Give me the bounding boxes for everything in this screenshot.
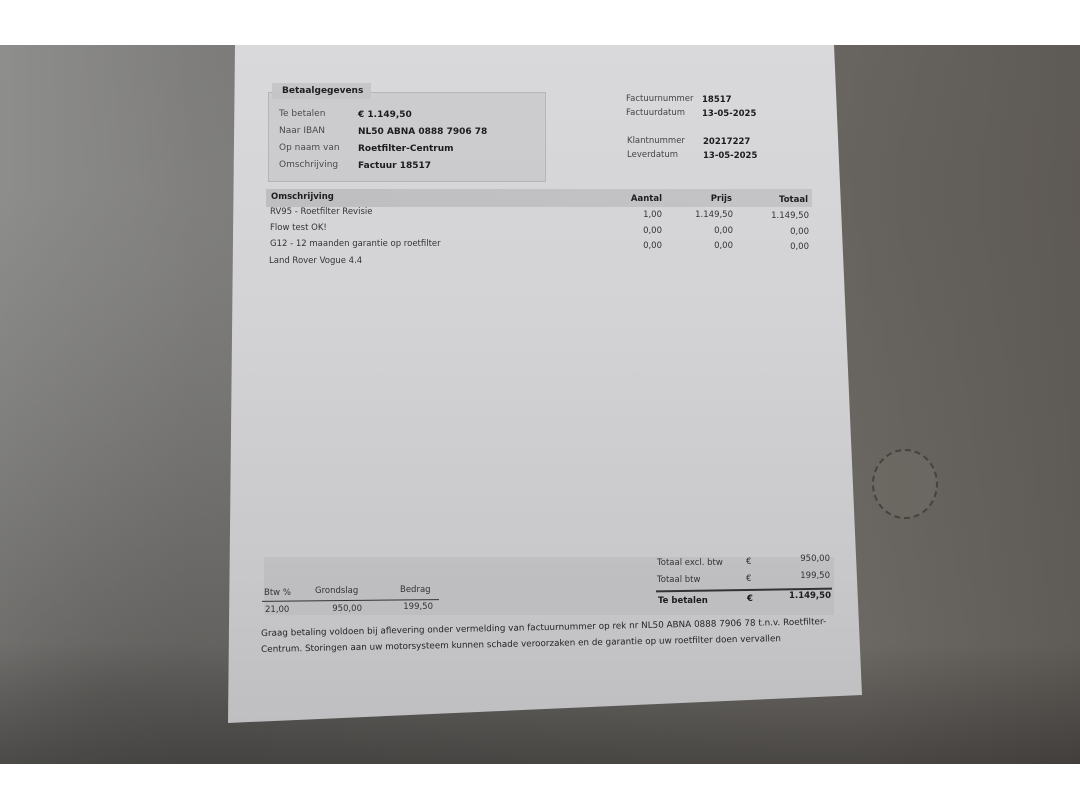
payment-label-description: Omschrijving	[279, 160, 338, 170]
row-quantity: 0,00	[608, 226, 662, 236]
row-quantity: 1,00	[608, 210, 662, 220]
meta-label-delivery-date: Leverdatum	[627, 150, 678, 160]
row-total: 0,00	[754, 242, 809, 252]
invoice-paper: Betaalgegevens Te betalen € 1.149,50 Naa…	[228, 45, 862, 723]
total-vat-label: Totaal btw	[657, 575, 700, 585]
row-description: G12 - 12 maanden garantie op roetfilter	[270, 239, 441, 249]
col-header-price: Prijs	[678, 194, 732, 204]
meta-value-invoice-date: 13-05-2025	[702, 109, 756, 119]
row-description: Flow test OK!	[270, 223, 327, 233]
payment-label-iban: Naar IBAN	[279, 126, 325, 136]
total-excl-vat-currency: €	[746, 557, 751, 567]
row-quantity: 0,00	[608, 241, 662, 251]
payment-label-amount: Te betalen	[279, 109, 325, 119]
payment-details-title: Betaalgegevens	[272, 83, 371, 99]
vat-row-amount: 199,50	[378, 602, 433, 612]
row-price: 0,00	[678, 241, 733, 251]
meta-value-customer-number: 20217227	[703, 137, 750, 147]
total-vat-currency: €	[746, 574, 751, 584]
row-total: 0,00	[754, 227, 809, 237]
payment-label-name: Op naam van	[279, 143, 340, 153]
payment-value-amount: € 1.149,50	[358, 110, 412, 120]
floor-drain	[872, 449, 938, 519]
meta-value-delivery-date: 13-05-2025	[703, 151, 757, 161]
row-description: Land Rover Vogue 4.4	[269, 256, 362, 266]
row-total: 1.149,50	[754, 211, 809, 221]
total-vat-value: 199,50	[768, 571, 830, 581]
total-due-label: Te betalen	[658, 596, 708, 606]
vat-header-base: Grondslag	[315, 586, 358, 596]
row-description: RV95 - Roetfilter Revisie	[270, 207, 372, 217]
total-due-value: 1.149,50	[768, 591, 831, 601]
row-price: 0,00	[678, 226, 733, 236]
vat-header-amount: Bedrag	[400, 585, 431, 595]
vat-row-rate: 21,00	[265, 605, 289, 615]
meta-label-invoice-date: Factuurdatum	[626, 108, 685, 118]
total-excl-vat-label: Totaal excl. btw	[657, 558, 723, 568]
payment-value-description: Factuur 18517	[358, 161, 431, 171]
meta-value-invoice-number: 18517	[702, 95, 732, 105]
row-price: 1.149,50	[678, 210, 733, 220]
total-excl-vat-value: 950,00	[768, 554, 830, 564]
col-header-total: Totaal	[754, 195, 808, 205]
payment-value-iban: NL50 ABNA 0888 7906 78	[358, 127, 487, 137]
payment-value-name: Roetfilter-Centrum	[358, 144, 454, 154]
col-header-quantity: Aantal	[608, 194, 662, 204]
vat-header-rate: Btw %	[264, 588, 291, 598]
col-header-description: Omschrijving	[271, 192, 334, 202]
vat-row-base: 950,00	[308, 604, 362, 614]
meta-label-invoice-number: Factuurnummer	[626, 94, 694, 104]
meta-label-customer-number: Klantnummer	[627, 136, 685, 146]
total-due-currency: €	[747, 594, 753, 604]
